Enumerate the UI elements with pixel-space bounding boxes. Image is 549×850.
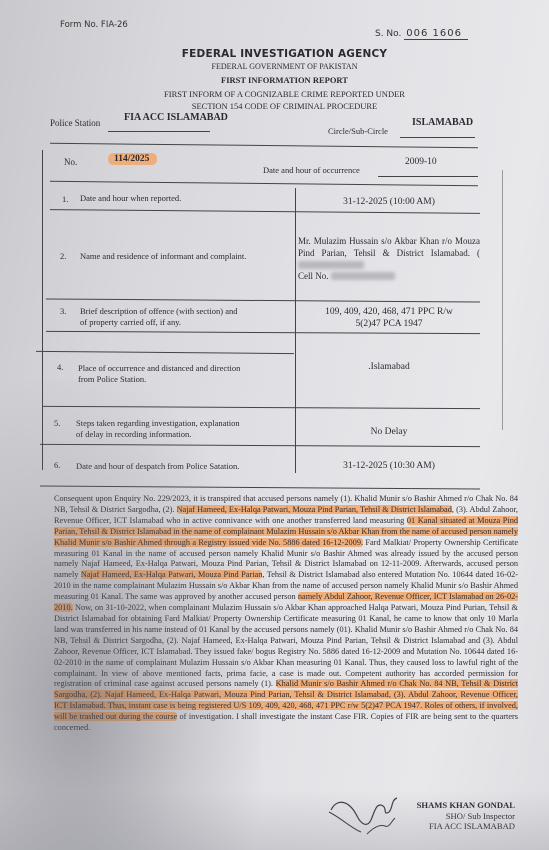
- serial-label: S. No.: [375, 29, 401, 39]
- row-divider: [40, 444, 480, 447]
- offence-act: 5(2)47 PCA 1947: [355, 319, 422, 329]
- row-divider: [46, 331, 480, 334]
- row-4-label-line-1: Place of occurrence and distanced and di…: [78, 363, 240, 373]
- redacted-cell-number: [331, 272, 395, 280]
- police-station-value: FIA ACC ISLAMABAD: [124, 112, 228, 123]
- police-station-label: Police Station: [50, 118, 100, 128]
- narrative-highlight: Najaf Hameed, Ex-Halqa Patwari, Mouza Pi…: [81, 570, 262, 579]
- form-number: Form No. FIA-26: [60, 20, 128, 30]
- circle-value: ISLAMABAD: [412, 117, 473, 128]
- row-6-number: 6.: [54, 460, 60, 470]
- row-divider: [46, 298, 480, 302]
- officer-name: SHAMS KHAN GONDAL: [417, 800, 515, 811]
- table-top-border: [50, 143, 478, 148]
- fir-narrative: Consequent upon Enquiry No. 229/2023, it…: [54, 494, 518, 734]
- case-no-value: 114/2025: [108, 153, 157, 165]
- row-4-number: 4.: [57, 362, 63, 372]
- row-divider: [36, 351, 294, 354]
- table-divider: [50, 181, 478, 186]
- agency-title: FEDERAL INVESTIGATION AGENCY: [0, 48, 549, 60]
- row-3-number: 3.: [60, 306, 66, 316]
- row-divider: [42, 406, 480, 409]
- row-5-value: No Delay: [298, 426, 480, 438]
- occurrence-underline: [378, 176, 478, 177]
- narrative-part: Now, on 31-10-2022, when complainant Mul…: [54, 603, 518, 688]
- occurrence-label: Date and hour of occurrence: [263, 165, 360, 175]
- row-4-label: Place of occurrence and distanced and di…: [78, 363, 240, 385]
- row-5-number: 5.: [54, 418, 60, 428]
- report-title: FIRST INFORMATION REPORT: [0, 75, 549, 85]
- table-column-divider: [295, 188, 296, 473]
- row-5-label: Steps taken regarding investigation, exp…: [76, 418, 240, 440]
- row-2-number: 2.: [60, 251, 66, 261]
- row-6-label: Date and hour of despatch from Police Sa…: [76, 461, 239, 472]
- table-right-border: [502, 170, 503, 430]
- police-station-underline: [108, 131, 210, 132]
- row-3-label-line-1: Brief description of offence (with secti…: [80, 306, 238, 316]
- table-bottom-border: [40, 485, 480, 489]
- government-title: FEDERAL GOVERNMENT OF PAKISTAN: [0, 62, 549, 71]
- table-left-border: [42, 150, 43, 470]
- circle-label: Circle/Sub-Circle: [328, 126, 388, 136]
- report-subtitle-1: FIRST INFORM OF A COGNIZABLE CRIME REPOR…: [0, 89, 549, 99]
- row-1-number: 1.: [62, 194, 68, 204]
- row-1-label: Date and hour when reported.: [80, 193, 181, 204]
- row-4-label-line-2: from Police Station.: [78, 374, 146, 384]
- officer-office: FIA ACC ISLAMABAD: [417, 821, 515, 832]
- circle-underline: [400, 137, 475, 138]
- informant-details: Mr. Mulazim Hussain s/o Akbar Khan r/o M…: [298, 236, 480, 258]
- case-no-label: No.: [64, 157, 77, 167]
- row-3-label-line-2: of property carried off, if any.: [80, 317, 181, 327]
- row-4-value: .Islamabad: [298, 361, 480, 373]
- row-2-value: Mr. Mulazim Hussain s/o Akbar Khan r/o M…: [298, 236, 480, 282]
- row-divider: [50, 209, 480, 214]
- redacted-cnic: [298, 261, 364, 269]
- officer-designation: SHO/ Sub Inspector: [417, 811, 515, 822]
- row-5-label-line-1: Steps taken regarding investigation, exp…: [76, 418, 240, 428]
- narrative-highlight: Najaf Hameed, Ex-Halqa Patwari, Mouza Pi…: [177, 505, 452, 514]
- signature-scribble-icon: [327, 788, 407, 838]
- row-3-value: 109, 409, 420, 468, 471 PPC R/w 5(2)47 P…: [298, 306, 480, 330]
- offence-sections: 109, 409, 420, 468, 471 PPC R/w: [325, 307, 453, 317]
- row-6-value: 31-12-2025 (10:30 AM): [298, 460, 480, 472]
- row-5-label-line-2: of delay in recording information.: [76, 429, 191, 439]
- signature-block: SHAMS KHAN GONDAL SHO/ Sub Inspector FIA…: [417, 800, 515, 832]
- report-subtitle-2: SECTION 154 CODE OF CRIMINAL PROCEDURE: [0, 101, 549, 111]
- serial-value: 006 1606: [404, 28, 468, 40]
- row-1-value: 31-12-2025 (10:00 AM): [298, 196, 480, 208]
- row-3-label: Brief description of offence (with secti…: [80, 306, 238, 328]
- occurrence-value: 2009-10: [405, 157, 437, 167]
- row-2-label: Name and residence of informant and comp…: [80, 251, 246, 262]
- cell-label: Cell No.: [298, 271, 329, 281]
- serial-number: S. No. 006 1606: [375, 28, 468, 40]
